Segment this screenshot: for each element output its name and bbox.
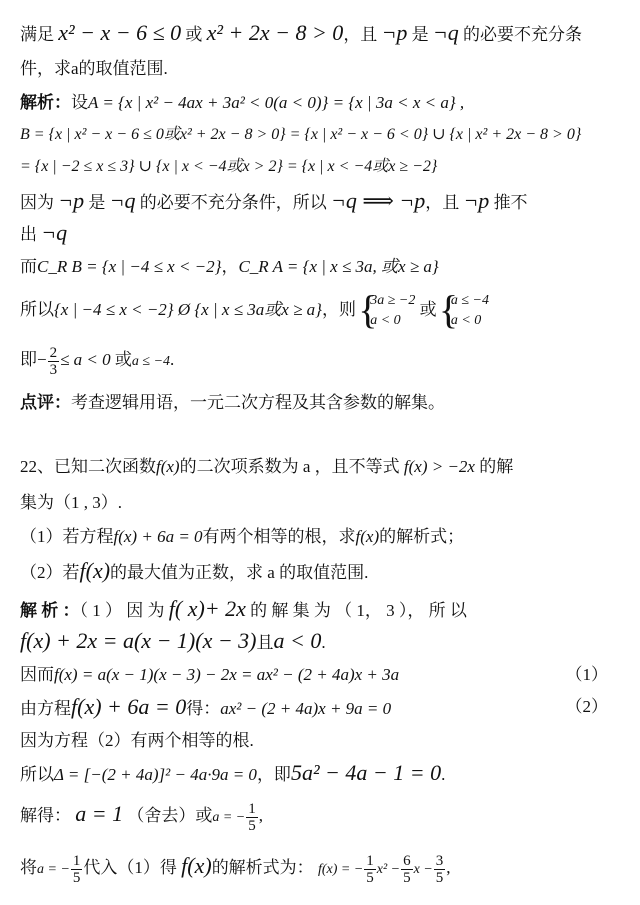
text: . [321, 633, 325, 652]
numerator: 1 [71, 853, 83, 870]
math-fx: f(x) [156, 457, 180, 476]
text: 由方程 [20, 699, 71, 718]
p22-line2: 集为（1 , 3）. [20, 492, 626, 514]
text: 的必要不充分条 [463, 25, 582, 44]
math-set-a: A = {x | x² − 4ax + 3a² < 0(a < 0)} = {x… [88, 93, 464, 112]
p21-comment: 点评：考查逻辑用语，一元二次方程及其含参数的解集。 [20, 392, 626, 414]
text: 是 [88, 193, 105, 212]
system-row: a < 0 [370, 311, 415, 331]
denominator: 5 [246, 818, 258, 834]
math-term: x − [414, 862, 433, 877]
p21-sol3: = {x | −2 ≤ x ≤ 3} ∪ {x | x < −4或x > 2} … [20, 156, 626, 178]
p21-sol7: 所以{x | −4 ≤ x < −2} Ø {x | x ≤ 3a或x ≥ a}… [20, 290, 626, 331]
text: , [446, 858, 450, 877]
math-equation: 5a² − 4a − 1 = 0 [291, 760, 441, 785]
text: 代入（1）得 [83, 858, 177, 877]
text: ，则 [322, 300, 356, 319]
math-fx: f(x) [80, 558, 111, 583]
text: 所以 [20, 300, 54, 319]
numerator: 6 [401, 853, 413, 870]
numerator: 1 [364, 853, 376, 870]
numerator: 1 [246, 801, 258, 818]
math-set-b-result: = {x | −2 ≤ x ≤ 3} ∪ {x | x < −4或x > 2} … [20, 158, 437, 175]
p21-sol1: 解析：设A = {x | x² − 4ax + 3a² < 0(a < 0)} … [20, 92, 626, 114]
system-row: a < 0 [451, 311, 489, 331]
text: 是 [412, 25, 429, 44]
text: （ 1 ） 因 为 [80, 601, 165, 620]
math-subset: {x | −4 ≤ x < −2} Ø {x | x ≤ 3a或x ≥ a} [54, 300, 322, 319]
math-complement-a: C_R A = {x | x ≤ 3a, 或x ≥ a} [238, 257, 438, 276]
math-fx-result: f(x) = − [318, 862, 363, 877]
math-inequality-2: x² + 2x − 8 > 0 [207, 20, 344, 45]
text: 22、已知二次函数 [20, 457, 156, 476]
math-set-b: B = {x | x² − x − 6 ≤ 0或x² + 2x − 8 > 0}… [20, 126, 581, 143]
text: （舍去）或 [127, 806, 212, 825]
p21-line1: 满足 x² − x − 6 ≤ 0 或 x² + 2x − 8 > 0，且 ¬p… [20, 22, 626, 46]
text: − [37, 350, 47, 369]
numerator: 2 [48, 345, 60, 362]
text: 所以 [20, 765, 54, 784]
p22-s1: 解 析 ：（ 1 ） 因 为 f( x)+ 2x 的 解 集 为 （ 1， 3 … [20, 598, 626, 622]
p22-s2: f(x) + 2x = a(x − 1)(x − 3)且a < 0. [20, 630, 626, 654]
fraction: 23 [48, 345, 60, 378]
p22-q1: （1）若方程f(x) + 6a = 0有两个相等的根，求f(x)的解析式； [20, 526, 626, 548]
text: 有两个相等的根，求 [203, 527, 356, 546]
math-equation: ax² − (2 + 4a)x + 9a = 0 [220, 699, 391, 718]
p21-sol6: 而C_R B = {x | −4 ≤ x < −2}，C_R A = {x | … [20, 256, 626, 278]
text: 满足 [20, 25, 54, 44]
p22-s5: 因为方程（2）有两个相等的根. [20, 730, 626, 752]
p22-s4: 由方程f(x) + 6a = 0得：ax² − (2 + 4a)x + 9a =… [20, 696, 626, 720]
comment-text: 考查逻辑用语，一元二次方程及其含参数的解集。 [71, 393, 445, 412]
text: 的解 [479, 457, 513, 476]
system-row: 3a ≥ −2 [370, 291, 415, 311]
text: , [259, 806, 263, 825]
text: 或 [420, 300, 437, 319]
text: 的最大值为正数，求 a 的取值范围. [110, 563, 368, 582]
math-equation: f(x) + 6a = 0 [114, 527, 203, 546]
fraction: 35 [434, 853, 446, 886]
p21-sol4: 因为 ¬p 是 ¬q 的必要不充分条件，所以 ¬q ⟹ ¬p，且 ¬p 推不 [20, 190, 626, 214]
system-a: 3a ≥ −2a < 0 [360, 291, 415, 331]
text: 设 [71, 93, 88, 112]
math-root: a = 1 [75, 801, 123, 826]
text: 且 [257, 633, 274, 652]
text: 的解析式为： [212, 858, 314, 877]
denominator: 5 [364, 870, 376, 886]
math-range: a ≤ −4 [132, 354, 170, 369]
text: 解得： [20, 806, 71, 825]
text: ，且 [425, 193, 459, 212]
system-b: a ≤ −4a < 0 [441, 291, 489, 331]
system-row: a ≤ −4 [451, 291, 489, 311]
text: （2）若 [20, 563, 80, 582]
p22-s6: 所以Δ = [−(2 + 4a)]² − 4a·9a = 0，即5a² − 4a… [20, 762, 626, 786]
text: 将 [20, 858, 37, 877]
math-not-q: ¬q [41, 220, 67, 245]
math-inequality-1: x² − x − 6 ≤ 0 [58, 20, 181, 45]
text: （1）若方程 [20, 527, 114, 546]
p22-q2: （2）若f(x)的最大值为正数，求 a 的取值范围. [20, 560, 626, 584]
text: 的二次项系数为 a ，且不等式 [180, 457, 400, 476]
math-implication: ¬q ⟹ ¬p [331, 188, 425, 213]
text: 得： [186, 699, 220, 718]
numerator: 3 [434, 853, 446, 870]
text: 的必要不充分条件，所以 [140, 193, 327, 212]
math-factored: f(x) + 2x = a(x − 1)(x − 3) [20, 628, 257, 653]
text: 即 [20, 350, 37, 369]
text: 推不 [494, 193, 528, 212]
p21-sol2: B = {x | x² − x − 6 ≤ 0或x² + 2x − 8 > 0}… [20, 124, 626, 146]
math-inequality: f(x) > −2x [404, 457, 475, 476]
p21-sol8: 即−23≤ a < 0 或a ≤ −4. [20, 342, 626, 380]
p22-s7: 解得： a = 1 （舍去）或a = −15, [20, 794, 626, 838]
text: 或 [115, 350, 132, 369]
math-not-q: ¬q [110, 188, 136, 213]
text: 因而 [20, 665, 54, 684]
text: . [441, 765, 445, 784]
math-not-q: ¬q [433, 20, 459, 45]
text: 的 解 集 为 （ 1， 3 ）， 所 以 [250, 601, 467, 620]
fraction: 15 [364, 853, 376, 886]
math-range: ≤ a < 0 [60, 350, 111, 369]
math-expansion: f(x) = a(x − 1)(x − 3) − 2x = ax² − (2 +… [54, 665, 399, 684]
p22-s3: 因而f(x) = a(x − 1)(x − 3) − 2x = ax² − (2… [20, 664, 626, 686]
p21-line2: 件，求a的取值范围. [20, 58, 626, 80]
math-inequality: f( x)+ 2x [169, 596, 246, 621]
text: . [170, 350, 174, 369]
fraction: 65 [401, 853, 413, 886]
text: ，且 [343, 25, 377, 44]
comment-label: 点评： [20, 393, 71, 412]
text: ，即 [257, 765, 291, 784]
math-fx: f(x) [181, 853, 212, 878]
math-not-p: ¬p [382, 20, 408, 45]
equation-tag: （1） [566, 664, 609, 686]
denominator: 5 [401, 870, 413, 886]
math-fx: f(x) [356, 527, 380, 546]
denominator: 3 [48, 362, 60, 378]
math-not-p: ¬p [463, 188, 489, 213]
solution-label: 解析： [20, 93, 71, 112]
math-term: x² − [377, 862, 400, 877]
math-not-p: ¬p [58, 188, 84, 213]
math-discriminant: Δ = [−(2 + 4a)]² − 4a·9a = 0 [54, 765, 257, 784]
fraction: 15 [71, 853, 83, 886]
math-complement-b: C_R B = {x | −4 ≤ x < −2} [37, 257, 221, 276]
math-equation: f(x) + 6a = 0 [71, 694, 186, 719]
math-root: a = − [212, 810, 245, 825]
p22-s8: 将a = −15代入（1）得 f(x)的解析式为： f(x) = −15x² −… [20, 846, 626, 890]
fraction: 15 [246, 801, 258, 834]
text: ， [221, 257, 238, 276]
math-condition: a < 0 [274, 628, 322, 653]
equation-tag: （2） [566, 696, 609, 718]
p21-sol5: 出 ¬q [20, 222, 626, 246]
math-root: a = − [37, 862, 70, 877]
solution-label: 解 析 ： [20, 601, 80, 620]
p22-line1: 22、已知二次函数f(x)的二次项系数为 a ，且不等式 f(x) > −2x … [20, 456, 626, 478]
text: 而 [20, 257, 37, 276]
text: 因为 [20, 193, 54, 212]
text: 的解析式； [379, 527, 464, 546]
text: 出 [20, 225, 37, 244]
denominator: 5 [434, 870, 446, 886]
denominator: 5 [71, 870, 83, 886]
text: 或 [185, 25, 202, 44]
